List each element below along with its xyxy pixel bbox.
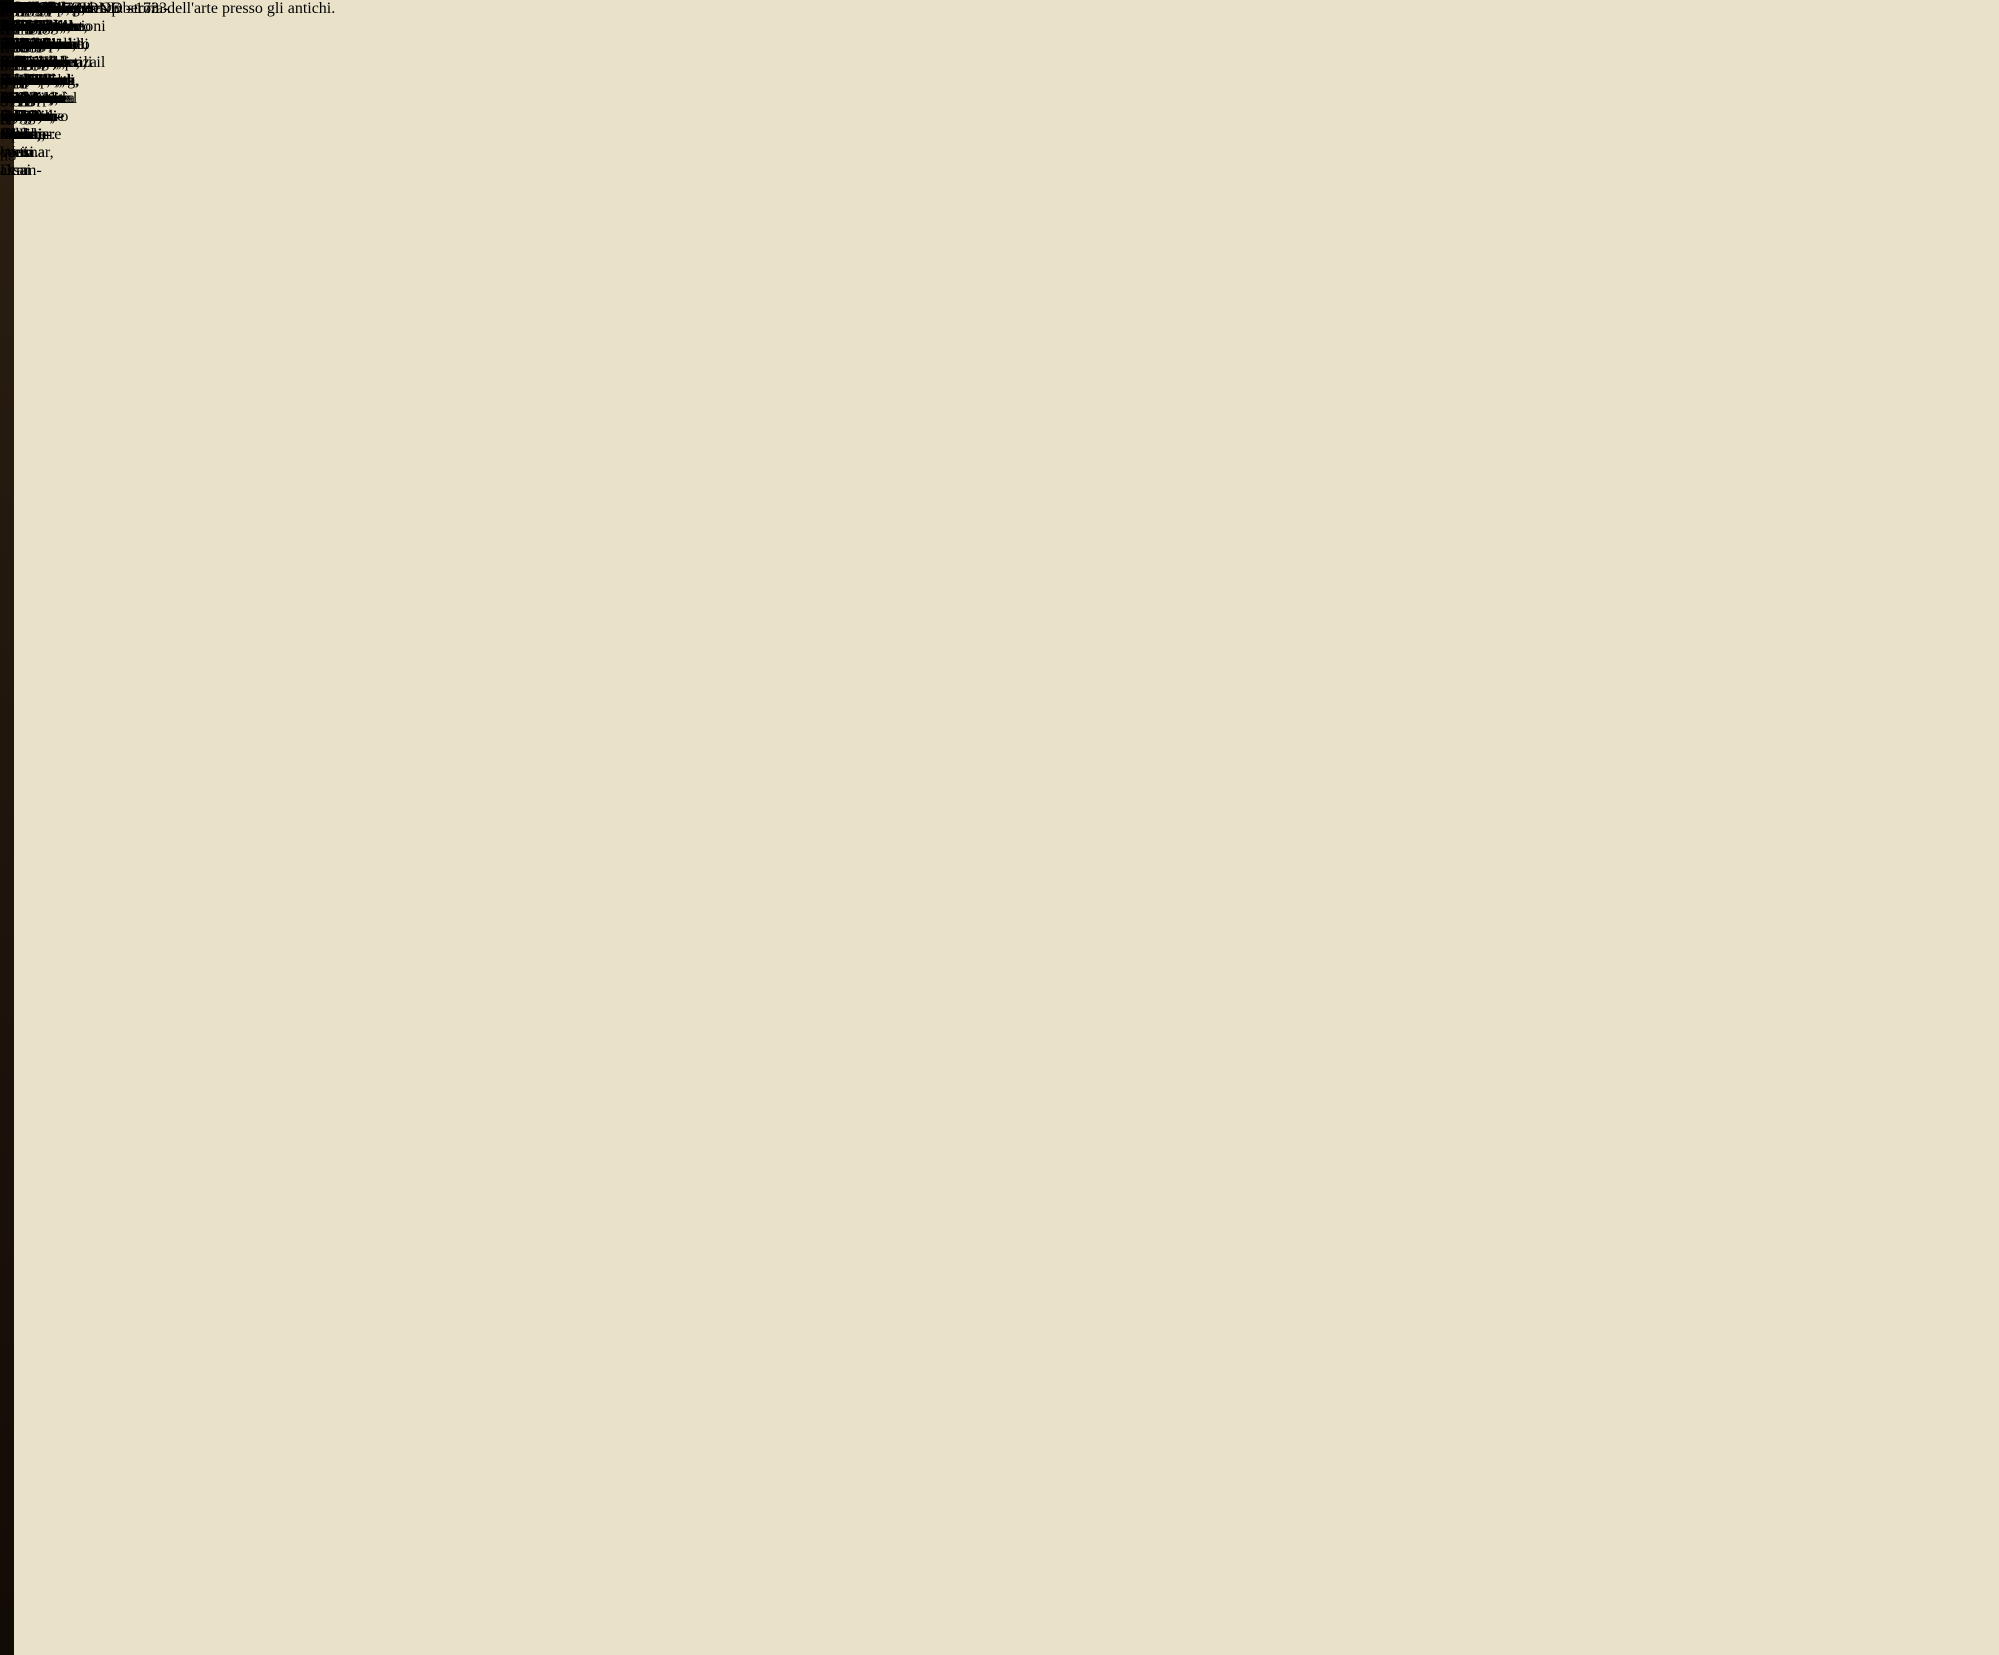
book-cover-edge (0, 0, 14, 1655)
book-spread-scan: INTRODUZIONE INTRODUZIONE per la prima v… (0, 0, 1999, 1655)
handwritten-footnote-2: 2) 1717-1768 - Op. storia dell'arte pres… (0, 0, 335, 18)
page-stack-fore-edge (14, 0, 62, 1655)
